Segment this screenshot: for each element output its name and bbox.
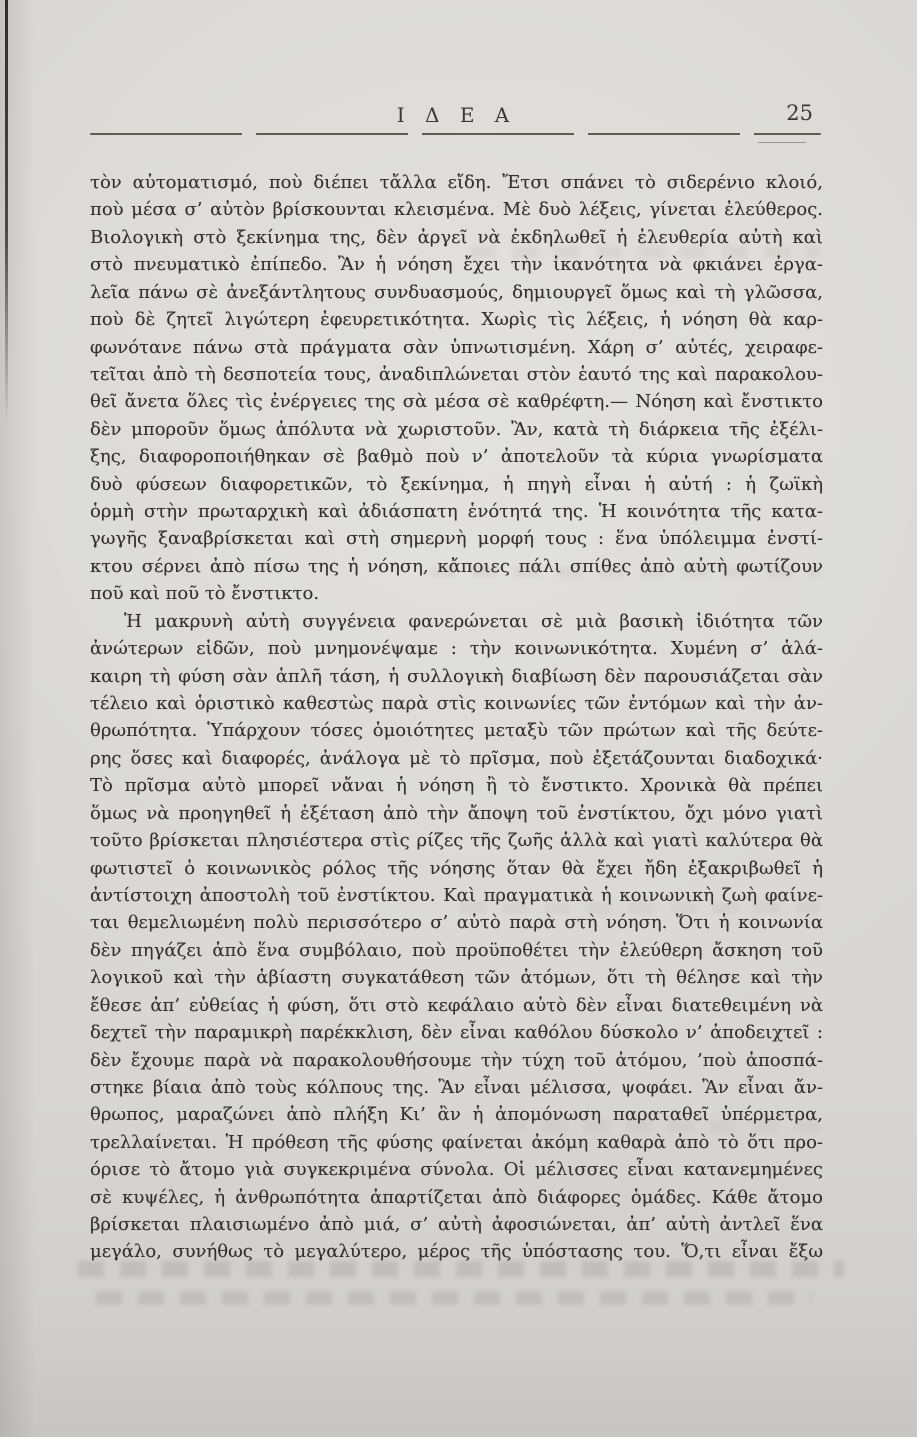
- text-line: τοῦτο βρίσκεται πλησιέστερα στὶς ρίζες τ…: [90, 827, 823, 854]
- text-line: όρισε τὸ ἄτομο γιὰ συγκεκριμένα σύνολα. …: [90, 1156, 823, 1183]
- text-line: ξης, διαφοροποιήθηκαν σὲ βαθμὸ ποὺ ν’ ἀπ…: [90, 443, 823, 470]
- text-line: στηκε βίαια ἀπὸ τοὺς κόλπους της. Ἂν εἶν…: [90, 1074, 823, 1101]
- text-line: δυὸ φύσεων διαφορετικῶν, τὸ ξεκίνημα, ἡ …: [90, 471, 823, 498]
- text-line: ται θεμελιωμένη πολὺ περισσότερο σ’ αὐτὸ…: [90, 909, 823, 936]
- text-line: μεγάλο, συνήθως τὸ μεγαλύτερο, μέρος τῆς…: [90, 1238, 823, 1265]
- text-line: ποὺ μέσα σ’ αὐτὸν βρίσκουνται κλεισμένα.…: [90, 196, 823, 223]
- text-line: σὲ κυψέλες, ἡ ἀνθρωπότητα ἀπαρτίζεται ἀπ…: [90, 1184, 823, 1211]
- text-line: ποῦ καὶ ποῦ τὸ ἔνστικτο.: [90, 580, 823, 607]
- text-line: Ἡ μακρυνὴ αὐτὴ συγγένεια φανερώνεται σὲ …: [90, 608, 823, 635]
- page-number: 25: [786, 101, 813, 125]
- text-line: θεῖ ἄνετα ὅλες τὶς ἐνέργειες της σὰ μέσα…: [90, 388, 823, 415]
- text-line: ποὺ δὲ ζητεῖ λιγώτερη ἐφευρετικότητα. Χω…: [90, 306, 823, 333]
- text-line: δεχτεῖ τὴν παραμικρὴ παρέκκλιση, δὲν εἶν…: [90, 1019, 823, 1046]
- text-line: δὲν μποροῦν ὅμως ἀπόλυτα νὰ χωριστοῦν. Ἂ…: [90, 416, 823, 443]
- bleed-through-artifact: [96, 1291, 812, 1305]
- text-line: ὅμως νὰ προηγηθεῖ ἡ ἐξέταση ἀπὸ τὴν ἄποψ…: [90, 800, 823, 827]
- text-line: βρίσκεται πλαισιωμένο ἀπὸ μιά, σ’ αὐτὴ ἀ…: [90, 1211, 823, 1238]
- text-line: τρελλαίνεται. Ἡ πρόθεση τῆς φύσης φαίνετ…: [90, 1129, 823, 1156]
- body-text: τὸν αὐτοματισμό, ποὺ διέπει τἄλλα εἴδη. …: [90, 169, 823, 1266]
- text-line: τεῖται ἀπὸ τὴ δεσποτεία τους, ἀναδιπλώνε…: [90, 361, 823, 388]
- text-line: ἀντίστοιχη ἀποστολὴ τοῦ ἐνστίκτου. Καὶ π…: [90, 882, 823, 909]
- text-line: ὁρμὴ στὴν πρωταρχικὴ καὶ ἀδιάσπατη ἑνότη…: [90, 498, 823, 525]
- text-line: Βιολογικὴ στὸ ξεκίνημα της, δὲν ἀργεῖ νὰ…: [90, 224, 823, 251]
- text-line: ἀνώτερων εἰδῶν, ποὺ μνημονέψαμε : τὴν κο…: [90, 635, 823, 662]
- text-line: δὲν ἔχουμε παρὰ νὰ παρακολουθήσουμε τὴν …: [90, 1047, 823, 1074]
- header-rule-fragment: [758, 142, 806, 143]
- text-line: κτου σέρνει ἀπὸ πίσω της ἡ νόηση, κἄποιε…: [90, 553, 823, 580]
- text-line: τέλειο καὶ ὁριστικὸ καθεστὼς παρὰ στὶς κ…: [90, 690, 823, 717]
- scan-edge-shadow: [5, 0, 8, 424]
- text-line: Τὸ πρῖσμα αὐτὸ μπορεῖ νἄναι ἡ νόηση ἢ τὸ…: [90, 772, 823, 799]
- text-line: καιρη τὴ φύση σὰν ἁπλῆ τάση, ἡ συλλογικὴ…: [90, 663, 823, 690]
- text-line: τὸν αὐτοματισμό, ποὺ διέπει τἄλλα εἴδη. …: [90, 169, 823, 196]
- text-line: δὲν πηγάζει ἀπὸ ἕνα συμβόλαιο, ποὺ προϋπ…: [90, 937, 823, 964]
- text-line: λεῖα πάνω σὲ ἀνεξάντλητους συνδυασμούς, …: [90, 279, 823, 306]
- text-line: θρωπότητα. Ὑπάρχουν τόσες ὁμοιότητες μετ…: [90, 717, 823, 744]
- text-line: γωγῆς ξαναβρίσκεται καὶ στὴ σημερνὴ μορφ…: [90, 525, 823, 552]
- text-line: λογικοῦ καὶ τὴν ἀβίαστη συγκατάθεση τῶν …: [90, 964, 823, 991]
- header-rule: [90, 133, 821, 135]
- running-title: Ι Δ Ε Α: [90, 103, 823, 127]
- text-line: ρης ὅσες καὶ διαφορές, ἀνάλογα μὲ τὸ πρῖ…: [90, 745, 823, 772]
- book-page-scan: Ι Δ Ε Α 25 τὸν αὐτοματισμό, ποὺ διέπει τ…: [0, 0, 917, 1437]
- text-line: στὸ πνευματικὸ ἐπίπεδο. Ἂν ἡ νόηση ἔχει …: [90, 251, 823, 278]
- text-line: θρωπος, μαραζώνει ἀπὸ πλήξη Κι’ ἂν ἡ ἀπο…: [90, 1101, 823, 1128]
- text-line: φωνότανε πάνω στὰ πράγματα σὰν ὑπνωτισμέ…: [90, 334, 823, 361]
- text-line: φωτιστεῖ ὁ κοινωνικὸς ρόλος τῆς νόησης ὅ…: [90, 855, 823, 882]
- text-line: ἔθεσε ἀπ’ εὐθείας ἡ φύση, ὅτι στὸ κεφάλα…: [90, 992, 823, 1019]
